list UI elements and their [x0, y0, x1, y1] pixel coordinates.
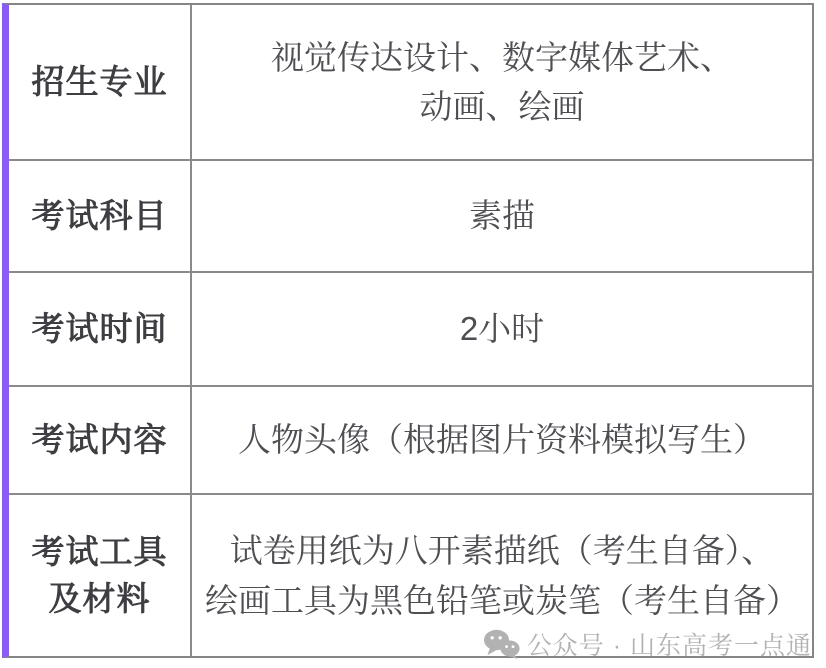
row-value-tools: 试卷用纸为八开素描纸（考生自备）、 绘画工具为黑色铅笔或炭笔（考生自备）	[192, 495, 812, 656]
page: 招生专业 视觉传达设计、数字媒体艺术、 动画、绘画 考试科目 素描 考试时间 2…	[0, 0, 826, 668]
row-header-majors: 招生专业	[9, 5, 192, 159]
row-header-tools: 考试工具 及材料	[9, 495, 192, 656]
table-row: 考试内容 人物头像（根据图片资料模拟写生）	[9, 387, 812, 495]
table-row: 考试科目 素描	[9, 161, 812, 273]
table-row: 考试工具 及材料 试卷用纸为八开素描纸（考生自备）、 绘画工具为黑色铅笔或炭笔（…	[9, 495, 812, 656]
row-header-duration: 考试时间	[9, 273, 192, 385]
row-value-subject: 素描	[192, 161, 812, 271]
table-row: 招生专业 视觉传达设计、数字媒体艺术、 动画、绘画	[9, 5, 812, 161]
row-header-content: 考试内容	[9, 387, 192, 493]
table-row: 考试时间 2小时	[9, 273, 812, 387]
row-value-majors: 视觉传达设计、数字媒体艺术、 动画、绘画	[192, 5, 812, 159]
row-value-duration: 2小时	[192, 273, 812, 385]
row-header-subject: 考试科目	[9, 161, 192, 271]
exam-info-table: 招生专业 视觉传达设计、数字媒体艺术、 动画、绘画 考试科目 素描 考试时间 2…	[2, 3, 814, 658]
row-value-content: 人物头像（根据图片资料模拟写生）	[192, 387, 812, 493]
